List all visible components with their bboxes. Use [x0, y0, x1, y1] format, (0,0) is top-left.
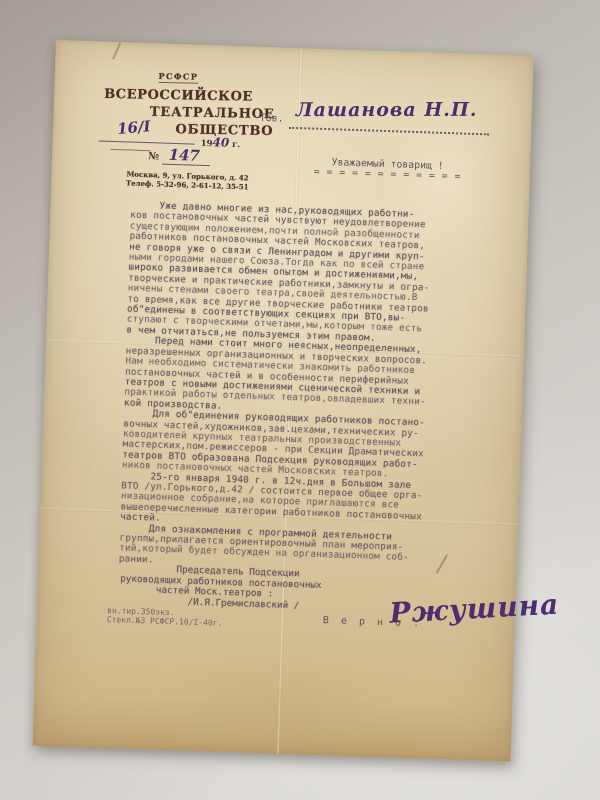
date-underline — [110, 149, 150, 151]
date-underline — [99, 140, 195, 144]
letter-body: Уже давно многие из нас,руководящих рабо… — [119, 201, 479, 577]
photo-background: РСФСР ВСЕРОССИЙСКОЕ ТЕАТРАЛЬНОЕ ОБЩЕСТВО… — [0, 0, 600, 800]
recipient-prefix: Тов. — [259, 113, 283, 125]
document-number-row: № 147 — [148, 145, 210, 165]
handwritten-date: 16/I — [116, 117, 151, 138]
letterhead-org-line: ВСЕРОССИЙСКОЕ — [104, 87, 284, 105]
letterhead-republic: РСФСР — [158, 71, 198, 84]
handwritten-recipient-name: Лашанова Н.П. — [296, 99, 478, 121]
body-paragraph: Перед нами стоит много неясных,неопредел… — [124, 336, 474, 420]
number-label: № — [148, 151, 159, 162]
letter-paper: РСФСР ВСЕРОССИЙСКОЕ ТЕАТРАЛЬНОЕ ОБЩЕСТВО… — [33, 40, 534, 761]
letterhead-address: Москва, 9, ул. Горького, д. 42 Телеф. 5-… — [103, 170, 271, 193]
body-paragraph: Для об"единения руководящих работников п… — [122, 409, 472, 483]
paper-tear — [112, 42, 121, 59]
body-paragraph: Уже давно многие из нас,руководящих рабо… — [126, 201, 478, 348]
salutation: Уважаемый товарищ ! = = = = = = = = = = … — [314, 157, 462, 183]
handwritten-number: 147 — [162, 146, 210, 167]
year-suffix: г. — [229, 140, 240, 150]
paper-stain — [153, 644, 396, 752]
handwritten-year: 40 — [212, 135, 229, 150]
print-info: вн.тир.350экз. Стекл.№3 РСФСР.10/I-40г. — [107, 606, 223, 629]
